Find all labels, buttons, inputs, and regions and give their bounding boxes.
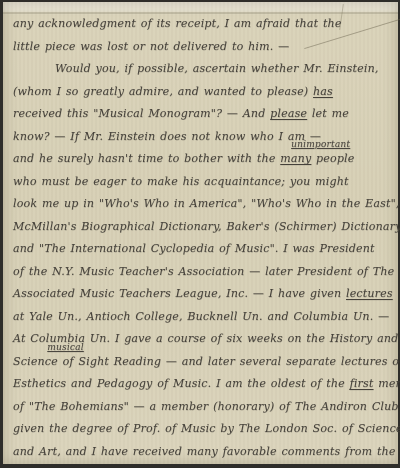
underlined-word: lectures (346, 287, 393, 300)
letter-line: of "The Bohemians" — a member (honorary)… (13, 396, 394, 419)
letter-line: Science of Sight Reading — and later sev… (13, 351, 394, 374)
letter-line: look me up in "Who's Who in America", "W… (13, 193, 394, 216)
letter-lines: any acknowledgment of its receipt, I am … (13, 13, 394, 464)
letter-line: and Art, and I have received many favora… (13, 441, 394, 464)
letter-line: given the degree of Prof. of Music by Th… (13, 418, 394, 441)
underlined-word: please (270, 107, 307, 120)
underlined-word: many (280, 152, 311, 165)
letter-line: any acknowledgment of its receipt, I am … (13, 13, 394, 36)
letter-line: and "The International Cyclopedia of Mus… (13, 238, 394, 261)
inserted-word: musical (47, 344, 84, 353)
letter-photo: any acknowledgment of its receipt, I am … (0, 0, 400, 468)
letter-line: Would you, if possible, ascertain whethe… (13, 58, 394, 81)
letter-line: of the N.Y. Music Teacher's Association … (13, 261, 394, 284)
underlined-word: first (350, 377, 374, 390)
underlined-word: has (313, 85, 333, 98)
letter-line: who must be eager to make his acquaintan… (13, 171, 394, 194)
letter-line: Esthetics and Pedagogy of Music. I am th… (13, 373, 394, 396)
inserted-word: unimportant (291, 141, 350, 150)
letter-line: at Yale Un., Antioch College, Bucknell U… (13, 306, 394, 329)
letter-line: received this "Musical Monogram"? — And … (13, 103, 394, 126)
letter-line: McMillan's Biographical Dictionary, Bake… (13, 216, 394, 239)
letter-paper: any acknowledgment of its receipt, I am … (3, 2, 398, 464)
letter-line: little piece was lost or not delivered t… (13, 36, 394, 59)
letter-line: and he surely hasn't time to bother with… (13, 148, 394, 171)
letter-line: Associated Music Teachers League, Inc. —… (13, 283, 394, 306)
letter-line: (whom I so greatly admire, and wanted to… (13, 81, 394, 104)
